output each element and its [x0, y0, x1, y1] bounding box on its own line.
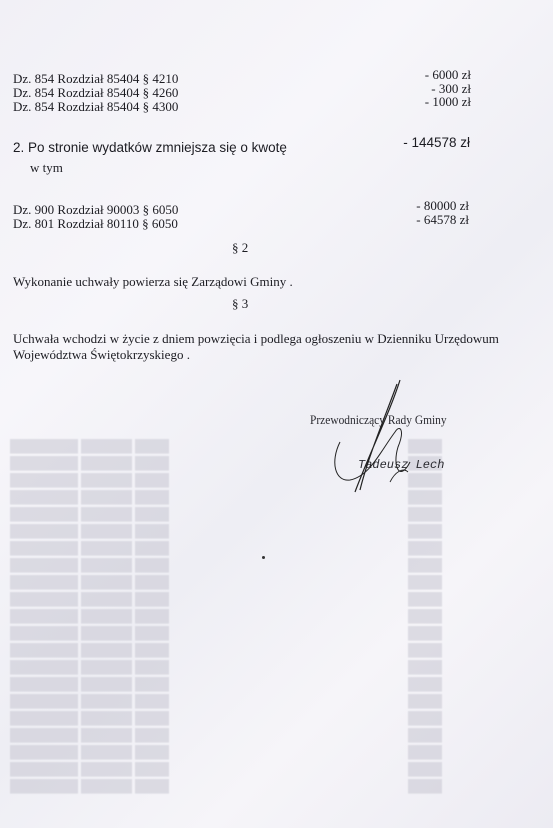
bleed-through-left: ████████ ██████ ████████████ ██████ ████…	[10, 438, 169, 795]
expenses-heading: 2. Po stronie wydatków zmniejsza się o k…	[13, 140, 287, 155]
handwritten-signature-icon	[300, 372, 480, 502]
signature-block: Przewodniczący Rady Gminy Tadeusz Lech	[330, 372, 510, 492]
budget-amount: - 1000 zł	[425, 94, 471, 110]
paragraph-2-title: § 2	[232, 240, 248, 256]
expense-amount: - 64578 zł	[416, 212, 469, 228]
budget-line: Dz. 854 Rozdział 85404 § 4300	[13, 99, 178, 115]
expenses-total: - 144578 zł	[403, 135, 470, 150]
paragraph-2-text: Wykonanie uchwały powierza się Zarządowi…	[13, 274, 293, 290]
speck-mark	[262, 556, 265, 559]
paragraph-3-line2: Województwa Świętokrzyskiego .	[13, 347, 190, 363]
paragraph-3-line1: Uchwała wchodzi w życie z dniem powzięci…	[13, 331, 499, 347]
expenses-subheading: w tym	[30, 160, 63, 176]
expense-line: Dz. 801 Rozdział 80110 § 6050	[13, 216, 178, 232]
paragraph-3-title: § 3	[232, 296, 248, 312]
